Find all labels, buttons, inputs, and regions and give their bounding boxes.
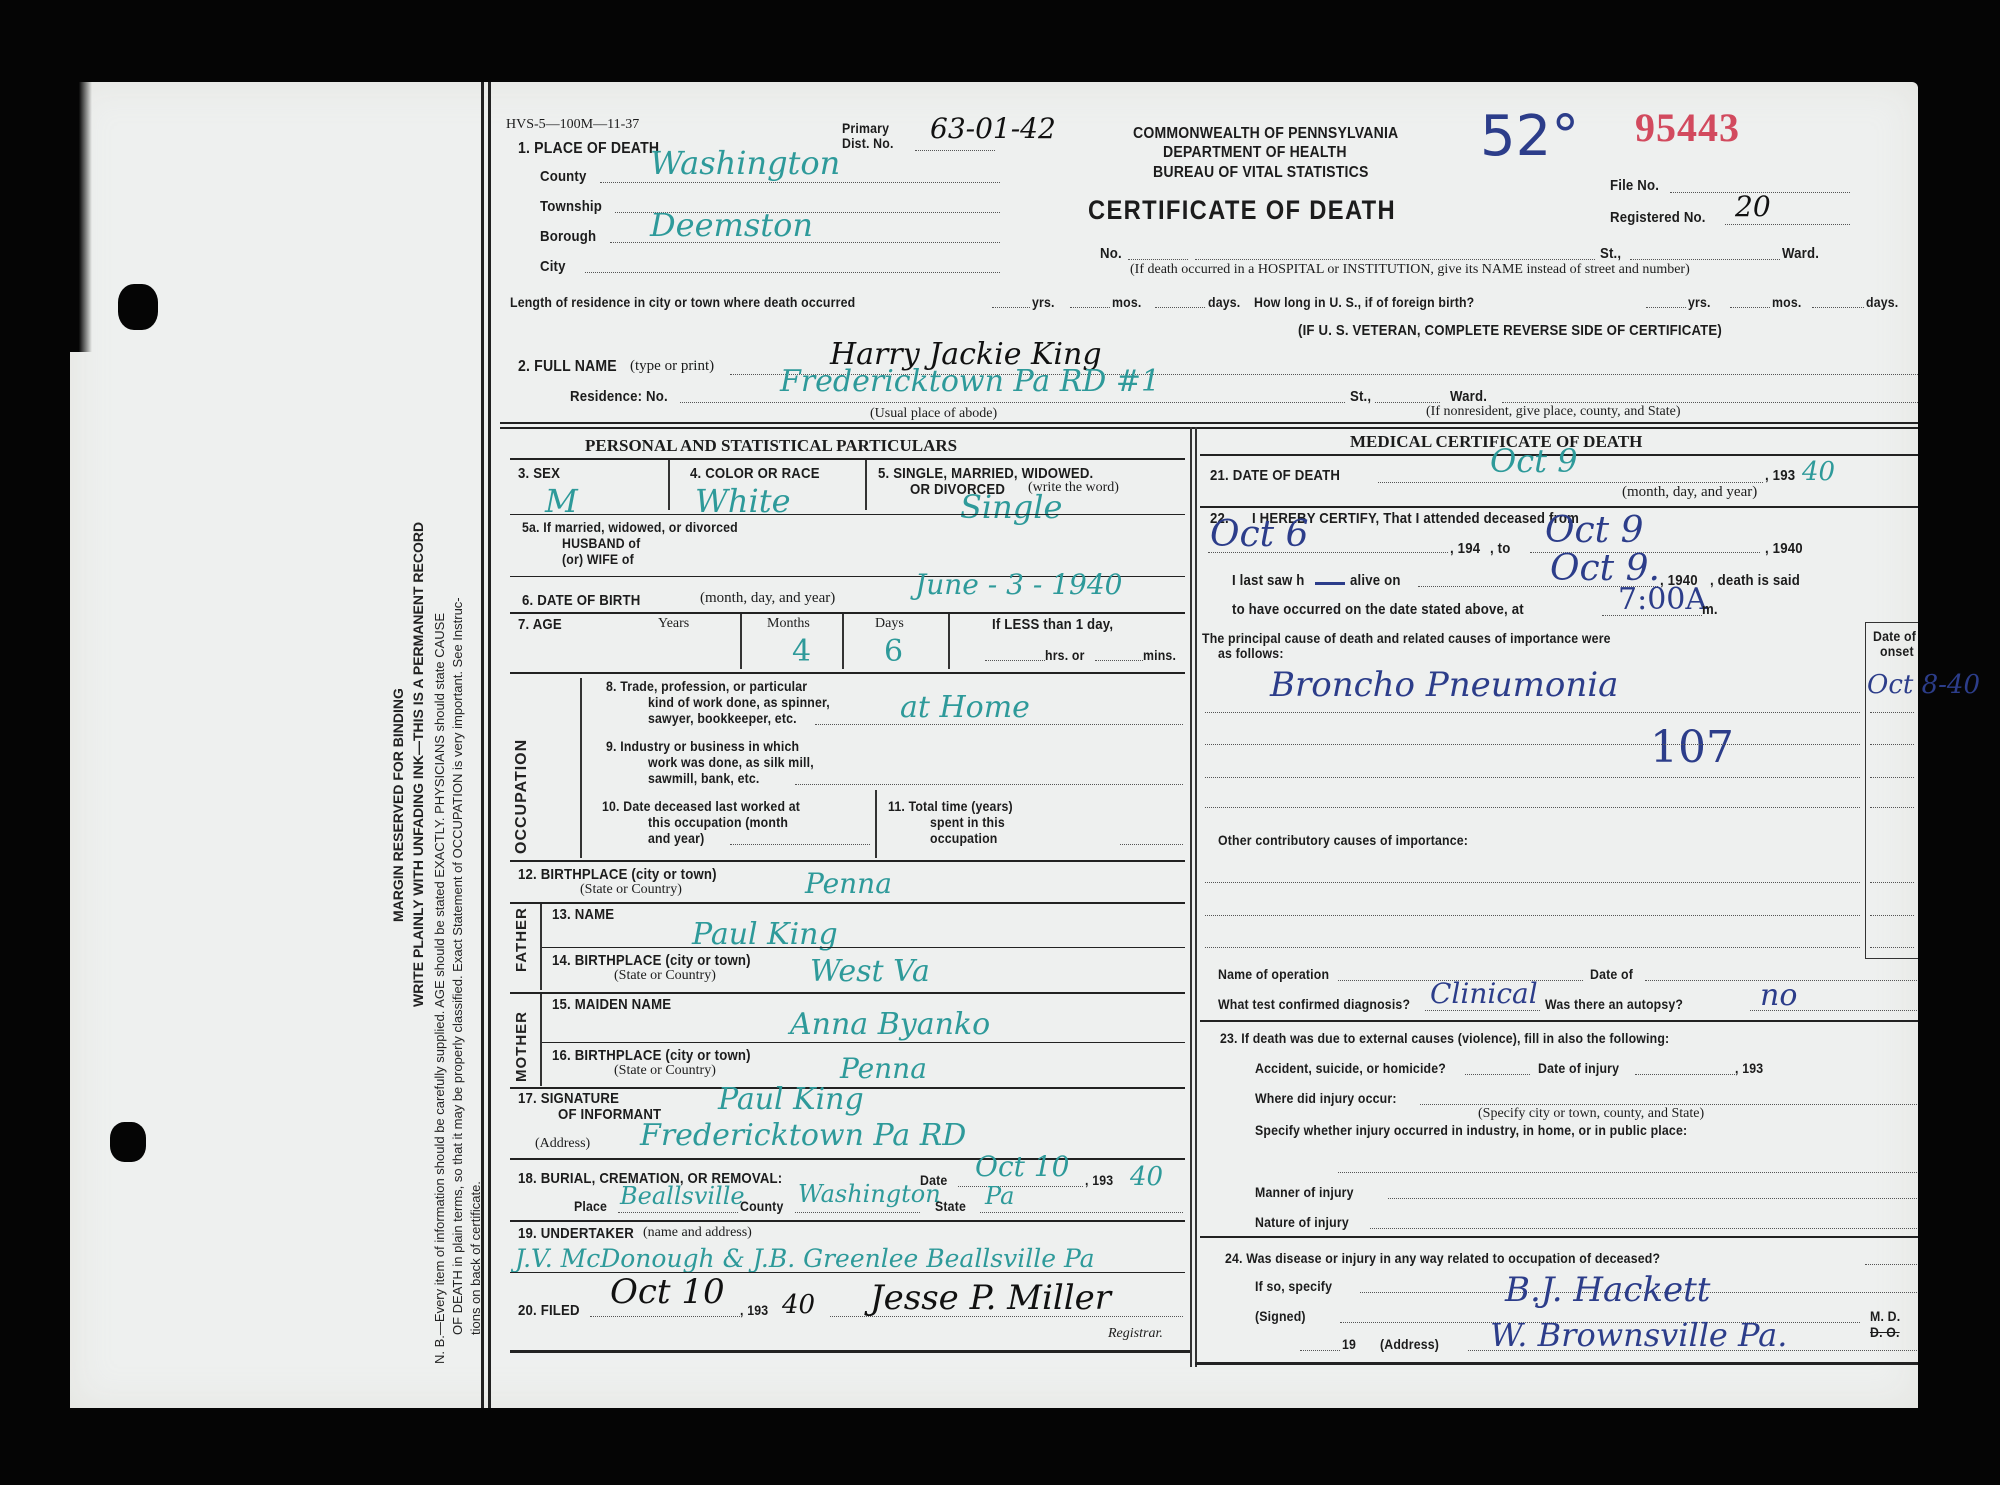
cause-line-3[interactable] [1205,777,1860,778]
residence-st-label: St., [1350,388,1371,405]
age-mins-label: mins. [1143,647,1176,663]
autopsy-label: Was there an autopsy? [1545,996,1683,1012]
ward-label: Ward. [1782,245,1819,262]
binding-hole-bottom [110,1122,146,1162]
nature-injury-label: Nature of injury [1255,1214,1349,1230]
place-of-death-label: 1. PLACE OF DEATH [518,140,659,158]
borough-label: Borough [540,228,596,245]
cause-line-4[interactable] [1205,807,1860,808]
attended-to-label: , to [1490,540,1511,557]
foreign-days-label: days. [1866,294,1898,310]
authority-line-1: COMMONWEALTH OF PENNSYLVANIA [1133,125,1398,143]
margin-binding-note: MARGIN RESERVED FOR BINDING [390,688,406,922]
rule [1200,1236,1918,1238]
filed-label: 20. FILED [518,1302,580,1319]
md-label: M. D. [1870,1308,1900,1324]
burial-county-field[interactable] [795,1212,920,1213]
marital-value: Single [960,488,1062,526]
rule [842,614,844,669]
physician-address-label: (Address) [1380,1336,1439,1352]
county-label: County [540,168,587,185]
rule [865,460,867,510]
last-saw-label: I last saw h [1232,572,1305,589]
spouse-label-1: 5a. If married, widowed, or divorced [522,519,738,535]
margin-nb-line2: OF DEATH in plain terms, so that it may … [450,597,465,1335]
county-field[interactable] [600,182,1000,183]
column-divider [1190,427,1192,1367]
rule [510,860,1185,862]
rule [510,612,1185,614]
dod-year-value: 40 [1802,457,1835,487]
residence-ward-label: Ward. [1450,388,1487,405]
binding-double-rule-2 [488,82,491,1408]
sex-label: 3. SEX [518,465,560,482]
attended-from-value: Oct 6 [1210,514,1309,555]
time-suffix: m. [1702,601,1718,618]
accident-label: Accident, suicide, or homicide? [1255,1060,1446,1076]
onset-label-2: onset [1880,643,1914,659]
onset-line-7[interactable] [1870,947,1914,948]
cause-value: Broncho Pneumonia [1270,665,1618,705]
rule [510,458,1185,460]
birthplace-note: (State or Country) [580,882,682,898]
filed-year-value: 40 [782,1290,815,1320]
foreign-days-field[interactable] [1812,307,1864,308]
residence-value: Fredericktown Pa RD #1 [780,364,1160,399]
burial-county-label: County [740,1198,783,1214]
residence-mos-label: mos. [1112,294,1141,310]
last-worked-label-3: and year) [648,830,704,846]
registrar-signature: Jesse P. Miller [870,1278,1111,1318]
industry-label-3: sawmill, bank, etc. [648,770,760,786]
father-birthplace-note: (State or Country) [614,968,716,984]
onset-line-1[interactable] [1870,712,1914,713]
registrar-label: Registrar. [1108,1326,1163,1342]
rule [580,678,582,858]
stamp-number: 95443 [1635,104,1740,151]
onset-line-4[interactable] [1870,807,1914,808]
total-time-label-1: 11. Total time (years) [888,798,1013,814]
foreign-yrs-label: yrs. [1688,294,1711,310]
age-less-label: If LESS than 1 day, [992,616,1113,633]
mother-name-label: 15. MAIDEN NAME [552,996,671,1013]
authority-line-3: BUREAU OF VITAL STATISTICS [1153,164,1369,182]
dob-label: 6. DATE OF BIRTH [522,592,640,609]
dod-field[interactable] [1378,482,1763,483]
rule [510,1158,1185,1160]
rule [510,992,1185,994]
torn-edge [70,82,92,352]
last-saw-label-2: alive on [1350,572,1401,589]
margin-nb-line1: N. B.—Every item of information should b… [432,613,447,1364]
rule [740,614,742,669]
father-birthplace-value: West Va [810,954,930,989]
manner-injury-label: Manner of injury [1255,1184,1354,1200]
nature-injury-field[interactable] [1370,1228,1917,1229]
occupation-related-label: 24. Was disease or injury in any way rel… [1225,1250,1660,1266]
industry-label-1: 9. Industry or business in which [606,738,799,754]
operation-date-label: Date of [1590,966,1633,982]
dod-note: (month, day, and year) [1622,484,1757,501]
borough-value: Deemston [650,206,813,244]
city-field[interactable] [585,272,1000,273]
rule [948,614,950,669]
trade-label-2: kind of work done, as spinner, [648,694,830,710]
filed-year-prefix: , 193 [740,1302,768,1318]
total-time-label-2: spent in this [930,814,1005,830]
form-code: HVS-5—100M—11-37 [506,117,639,133]
age-mins-field[interactable] [1095,660,1143,661]
onset-line-3[interactable] [1870,777,1914,778]
street-field[interactable] [1195,259,1595,260]
rule [510,514,1185,515]
total-time-field[interactable] [1120,844,1183,845]
file-no-label: File No. [1610,177,1659,194]
rule [542,947,1185,948]
trade-value: at Home [900,690,1030,725]
rule [1200,506,1918,508]
injury-date-field[interactable] [1635,1074,1735,1075]
physician-address-value: W. Brownsville Pa. [1490,1316,1787,1354]
specify-place-label: Specify whether injury occurred in indus… [1255,1122,1687,1138]
trade-label-3: sawyer, bookkeeper, etc. [648,710,797,726]
foreign-birth-label: How long in U. S., if of foreign birth? [1254,294,1474,310]
test-value: Clinical [1430,977,1538,1010]
dob-note: (month, day, and year) [700,590,835,607]
where-injury-note: (Specify city or town, county, and State… [1478,1106,1704,1122]
burial-year-value: 40 [1130,1162,1163,1192]
margin-ink-note: WRITE PLAINLY WITH UNFADING INK—THIS IS … [410,522,426,1007]
city-label: City [540,258,566,275]
death-certificate-paper: MARGIN RESERVED FOR BINDING WRITE PLAINL… [70,82,1918,1408]
external-causes-label: 23. If death was due to external causes … [1220,1030,1669,1046]
spouse-label-2: HUSBAND of [562,535,640,551]
street-no-field[interactable] [1128,259,1188,260]
abode-note: (Usual place of abode) [870,406,997,422]
mother-birthplace-value: Penna [840,1052,927,1085]
age-label: 7. AGE [518,616,562,633]
attended-from-year: , 194 [1450,540,1480,557]
registered-no-field[interactable] [1725,224,1850,225]
section-rule-top-2 [500,427,1918,429]
onset-line-5[interactable] [1870,882,1914,883]
residence-yrs-field[interactable] [992,307,1030,308]
nonresident-field[interactable] [1502,402,1918,403]
street-st-label: St., [1600,245,1621,262]
column-divider-2 [1195,427,1197,1367]
age-hrs-label: hrs. or [1045,647,1085,663]
certificate-title: CERTIFICATE OF DEATH [1088,195,1396,226]
binding-double-rule [481,82,484,1408]
total-time-label-3: occupation [930,830,997,846]
father-side-label: FATHER [513,907,530,972]
onset-value: Oct 8-40 [1867,670,1980,700]
burial-year-prefix: , 193 [1085,1172,1113,1188]
ward-field[interactable] [1630,259,1780,260]
cause-label-2: as follows: [1218,645,1284,661]
undertaker-label: 19. UNDERTAKER [518,1225,634,1242]
undertaker-value: J.V. McDonough & J.B. Greenlee Beallsvil… [515,1244,1095,1273]
age-years-label: Years [658,616,689,632]
rule [540,994,542,1086]
personal-header: PERSONAL AND STATISTICAL PARTICULARS [585,436,957,456]
occurred-label: to have occurred on the date stated abov… [1232,601,1524,618]
last-worked-label-1: 10. Date deceased last worked at [602,798,800,814]
race-label: 4. COLOR OR RACE [690,465,820,482]
contributory-label: Other contributory causes of importance: [1218,832,1468,848]
last-worked-label-2: this occupation (month [648,814,788,830]
mother-side-label: MOTHER [513,1011,530,1082]
full-name-label: 2. FULL NAME [518,358,617,376]
mother-name-value: Anna Byanko [790,1007,990,1042]
rule [510,902,1185,904]
father-birthplace-label: 14. BIRTHPLACE (city or town) [552,952,751,969]
cause-line-2[interactable] [1205,744,1860,745]
industry-field[interactable] [795,784,1183,785]
informant-label-1: 17. SIGNATURE [518,1090,619,1107]
residence-length-label: Length of residence in city or town wher… [510,294,855,310]
age-days-value: 6 [884,634,903,669]
signed-label: (Signed) [1255,1308,1306,1324]
onset-line-6[interactable] [1870,915,1914,916]
nonresident-note: (If nonresident, give place, county, and… [1426,404,1681,420]
street-no-label: No. [1100,245,1122,262]
cause-code: 107 [1650,722,1734,773]
burial-place-field[interactable] [618,1212,738,1213]
informant-address-label: (Address) [535,1136,590,1152]
onset-label-1: Date of [1873,628,1916,644]
rule [1200,1020,1918,1022]
rule [1195,1362,1918,1365]
hospital-note: (If death occurred in a HOSPITAL or INST… [1130,262,1690,278]
residence-ward-field[interactable] [1375,402,1440,403]
occupation-related-field[interactable] [1865,1264,1917,1265]
attended-to-year: , 1940 [1765,540,1803,557]
registered-no-value: 20 [1735,190,1771,223]
manner-injury-field[interactable] [1388,1198,1917,1199]
residence-yrs-label: yrs. [1032,294,1055,310]
specify-place-field[interactable] [1338,1172,1917,1173]
burial-place-value: Beallsville [620,1182,745,1210]
filed-date-value: Oct 10 [610,1272,725,1312]
primary-dist-label-1: Primary [842,120,889,136]
birthplace-label: 12. BIRTHPLACE (city or town) [518,866,717,883]
industry-label-2: work was done, as silk mill, [648,754,814,770]
last-saw-scribble [1315,582,1345,585]
death-said-label: , death is said [1710,572,1800,589]
burial-date-value: Oct 10 [975,1150,1069,1183]
accident-field[interactable] [1465,1074,1530,1075]
age-months-value: 4 [792,634,811,669]
residence-label: Residence: No. [570,388,668,405]
occupation-side-label: OCCUPATION [513,739,531,854]
mother-birthplace-note: (State or Country) [614,1063,716,1079]
test-label: What test confirmed diagnosis? [1218,996,1410,1012]
burial-place-label: Place [574,1198,607,1214]
rule [668,460,670,510]
township-label: Township [540,198,602,215]
father-name-label: 13. NAME [552,906,614,923]
age-hrs-field[interactable] [985,660,1045,661]
dod-label: 21. DATE OF DEATH [1210,467,1340,484]
rule [510,672,1185,674]
filed-date-field[interactable] [590,1316,740,1317]
residence-field[interactable] [680,402,1345,403]
primary-dist-label-2: Dist. No. [842,135,894,151]
rule [875,790,877,858]
operation-label: Name of operation [1218,966,1329,982]
contributory-line-1[interactable] [1205,882,1860,883]
age-months-label: Months [767,616,810,632]
trade-label-1: 8. Trade, profession, or particular [606,678,807,694]
injury-date-label: Date of injury [1538,1060,1619,1076]
autopsy-value: no [1760,978,1797,1013]
where-injury-label: Where did injury occur: [1255,1090,1397,1106]
cause-label-1: The principal cause of death and related… [1202,630,1611,646]
test-field[interactable] [1425,1010,1540,1011]
rule [510,1220,1185,1222]
burial-state-value: Pa [985,1182,1014,1210]
informant-address-value: Fredericktown Pa RD [640,1118,966,1153]
where-injury-field[interactable] [1420,1104,1917,1105]
age-days-label: Days [875,616,904,632]
last-worked-field[interactable] [730,844,870,845]
spouse-label-3: (or) WIFE of [562,551,634,567]
attended-to-value: Oct 9 [1545,510,1644,551]
binding-hole-top [118,284,158,330]
dob-value: June - 3 - 1940 [915,568,1122,601]
residence-days-field[interactable] [1155,307,1205,308]
burial-state-field[interactable] [980,1212,1183,1213]
foreign-mos-label: mos. [1772,294,1801,310]
undertaker-note: (name and address) [643,1225,752,1241]
primary-dist-value: 63-01-42 [930,112,1056,145]
rule [542,1042,1185,1043]
onset-line-2[interactable] [1870,744,1914,745]
signed-year-label: 19 [1342,1336,1356,1352]
authority-line-2: DEPARTMENT OF HEALTH [1163,144,1347,162]
rule [510,1350,1190,1353]
signed-date-field[interactable] [1300,1350,1340,1351]
birthplace-value: Penna [805,867,892,900]
time-value: 7:00A [1618,582,1707,617]
primary-dist-field[interactable] [915,150,995,151]
contributory-line-2[interactable] [1205,915,1860,916]
burial-county-value: Washington [798,1180,941,1208]
section-rule-top [500,422,1918,424]
full-name-note: (type or print) [630,358,714,375]
mother-birthplace-label: 16. BIRTHPLACE (city or town) [552,1047,751,1064]
county-value: Washington [650,144,840,182]
contributory-line-3[interactable] [1205,947,1860,948]
foreign-yrs-field[interactable] [1646,307,1686,308]
do-label: D. O. [1870,1324,1900,1340]
dod-value: Oct 9 [1490,442,1578,480]
residence-mos-field[interactable] [1070,307,1110,308]
burial-date-field[interactable] [958,1186,1083,1187]
dod-year-prefix: , 193 [1765,467,1795,484]
veteran-note: (IF U. S. VETERAN, COMPLETE REVERSE SIDE… [1298,322,1722,339]
foreign-mos-field[interactable] [1730,307,1770,308]
injury-year-prefix: , 193 [1735,1060,1763,1076]
informant-value: Paul King [718,1082,864,1117]
if-so-label: If so, specify [1255,1278,1332,1294]
cause-line-1[interactable] [1205,712,1860,713]
blue-annotation: 52° [1480,104,1579,169]
physician-signature: B.J. Hackett [1505,1270,1710,1310]
registered-no-label: Registered No. [1610,209,1706,226]
residence-days-label: days. [1208,294,1240,310]
burial-state-label: State [935,1198,966,1214]
